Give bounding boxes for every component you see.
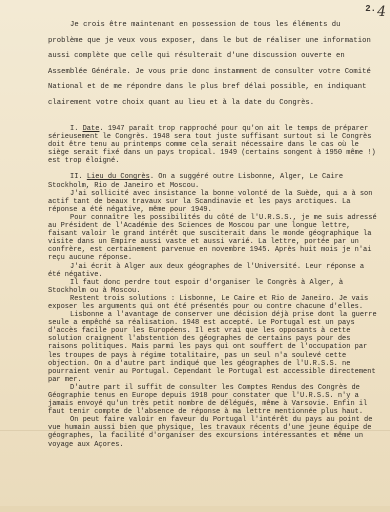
section-date-number: I.: [70, 125, 78, 133]
paper-fold: [0, 430, 390, 431]
paragraph-comptes-rendus: D'autre part il suffit de consulter les …: [48, 384, 378, 416]
paragraph-portugal: On peut faire valoir en faveur du Portug…: [48, 416, 378, 448]
section-lieu-heading: Lieu du Congrès: [87, 173, 150, 181]
intro-section: Je crois être maintenant en possession d…: [48, 18, 378, 111]
paragraph-espoir: Il faut donc perdre tout espoir d'organi…: [48, 279, 378, 295]
document-page: 2. 4 Je crois être maintenant en possess…: [0, 0, 390, 512]
paragraph-suede: J'ai sollicité avec insistance la bonne …: [48, 190, 378, 214]
paragraph-solutions: Restent trois solutions : Lisbonne, Le C…: [48, 295, 378, 311]
paragraph-urss: Pour connaître les possibilités du côté …: [48, 214, 378, 263]
handwritten-page-mark: 4: [377, 4, 386, 20]
page-number: 2.: [365, 4, 376, 14]
paragraph-lisbonne: Lisbonne a l'avantage de conserver une d…: [48, 311, 378, 384]
intro-paragraph: Je crois être maintenant en possession d…: [48, 18, 378, 111]
section-date-heading: Date: [83, 125, 100, 133]
paragraph-alger: J'ai écrit à Alger aux deux géographes d…: [48, 263, 378, 279]
paper-edge: [0, 506, 390, 512]
section-lieu-number: II.: [70, 173, 83, 181]
section-lieu: II. Lieu du Congrès. On a suggéré outre …: [48, 173, 378, 189]
section-date: I. Date. 1947 paraît trop rapproché pour…: [48, 125, 378, 165]
body-section: I. Date. 1947 paraît trop rapproché pour…: [48, 125, 378, 449]
